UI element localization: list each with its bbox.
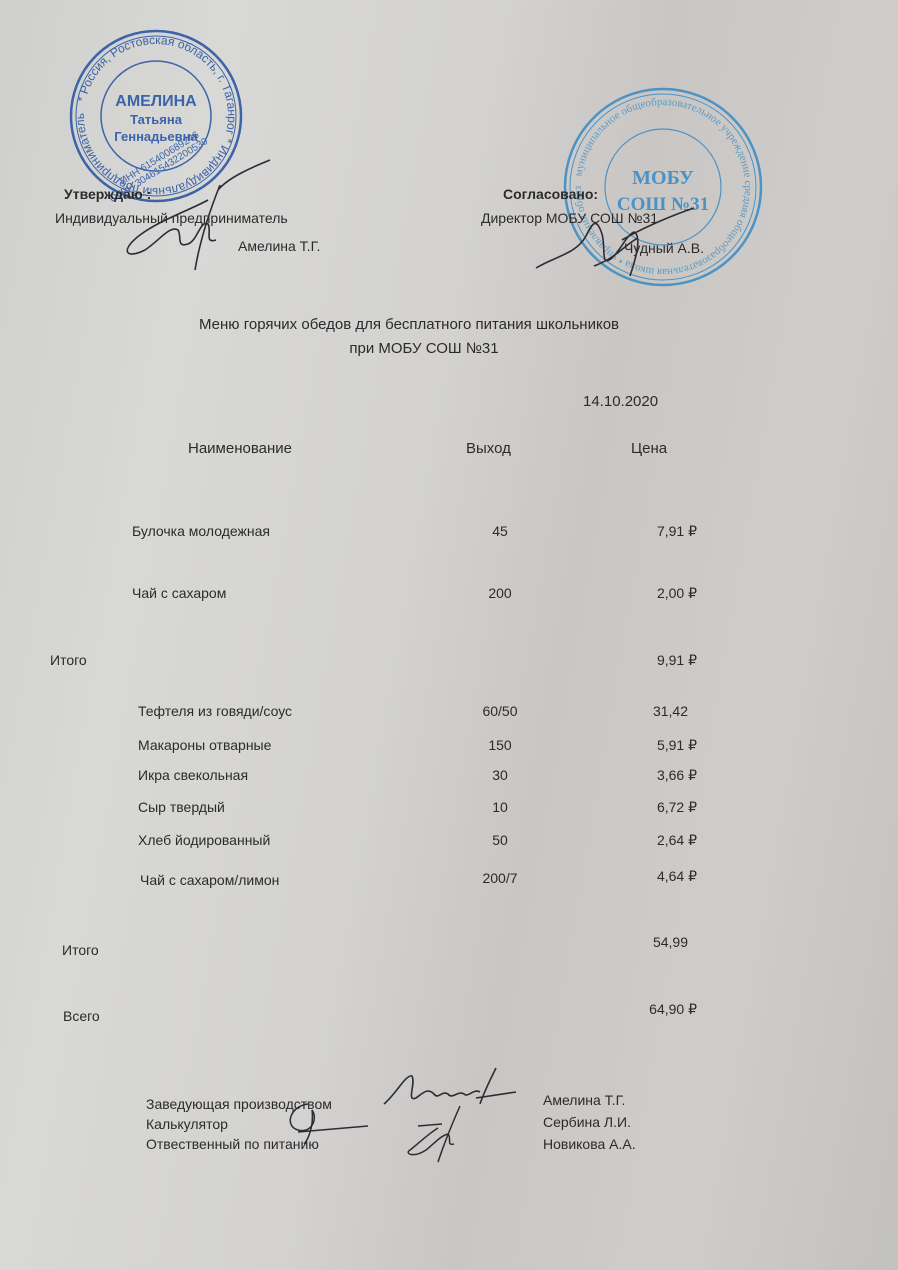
item-name: Тефтеля из говяди/соус xyxy=(138,703,292,719)
signer-name: Сербина Л.И. xyxy=(543,1114,631,1130)
item-output: 200/7 xyxy=(460,870,540,886)
column-header-output: Выход xyxy=(466,440,511,457)
item-name: Макароны отварные xyxy=(138,737,271,753)
item-price: 3,66 ₽ xyxy=(600,767,697,784)
document-date: 14.10.2020 xyxy=(583,393,658,410)
item-output: 50 xyxy=(460,832,540,848)
bottom-signature-2 xyxy=(268,1096,378,1146)
grand-total-value: 64,90 ₽ xyxy=(600,1001,697,1018)
item-price: 31,42 xyxy=(600,703,688,719)
item-price: 4,64 ₽ xyxy=(600,868,697,885)
item-output: 200 xyxy=(460,585,540,601)
bottom-signature-3 xyxy=(398,1104,478,1164)
right-signature xyxy=(526,196,706,306)
item-output: 30 xyxy=(460,767,540,783)
item-price: 7,91 ₽ xyxy=(600,523,697,540)
item-price: 2,00 ₽ xyxy=(600,585,697,602)
section1-total-label: Итого xyxy=(50,652,87,668)
left-stamp-center-2: Татьяна xyxy=(130,112,183,127)
item-output: 10 xyxy=(460,799,540,815)
signer-name: Амелина Т.Г. xyxy=(543,1092,625,1108)
item-output: 60/50 xyxy=(460,703,540,719)
signer-name: Новикова А.А. xyxy=(543,1136,636,1152)
column-header-name: Наименование xyxy=(188,440,292,457)
right-stamp-center-1: МОБУ xyxy=(632,167,694,189)
item-name: Сыр твердый xyxy=(138,799,225,815)
section2-total-label: Итого xyxy=(62,942,99,958)
grand-total-label: Всего xyxy=(63,1008,100,1024)
item-output: 45 xyxy=(460,523,540,539)
item-name: Хлеб йодированный xyxy=(138,832,270,848)
item-price: 6,72 ₽ xyxy=(600,799,697,816)
item-name: Чай с сахаром/лимон xyxy=(140,872,279,888)
document-title-line2: при МОБУ СОШ №31 xyxy=(0,340,848,357)
item-price: 5,91 ₽ xyxy=(600,737,697,754)
item-name: Икра свекольная xyxy=(138,767,248,783)
item-output: 150 xyxy=(460,737,540,753)
item-name: Чай с сахаром xyxy=(132,585,226,601)
left-signature xyxy=(100,140,290,280)
item-name: Булочка молодежная xyxy=(132,523,270,539)
section2-total-value: 54,99 xyxy=(600,934,688,950)
signer-role: Калькулятор xyxy=(146,1116,228,1132)
column-header-price: Цена xyxy=(631,440,667,457)
section1-total-value: 9,91 ₽ xyxy=(600,652,697,669)
left-stamp-center-1: АМЕЛИНА xyxy=(115,93,197,110)
document-title-line1: Меню горячих обедов для бесплатного пита… xyxy=(0,316,818,333)
item-price: 2,64 ₽ xyxy=(600,832,697,849)
